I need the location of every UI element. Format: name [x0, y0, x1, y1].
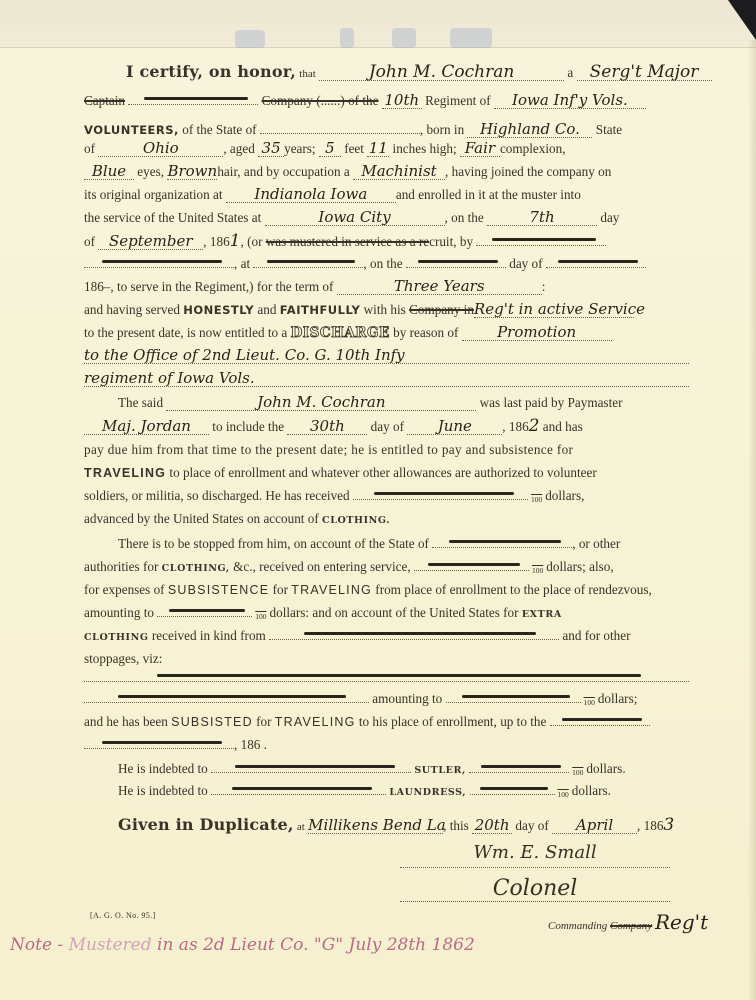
given-in-duplicate-heading: Given in Duplicate, — [118, 815, 294, 834]
at-label: at — [297, 821, 305, 833]
year-prefix: , 186 — [502, 419, 528, 434]
amounting-label: amounting to — [84, 605, 154, 620]
received-line: soldiers, or militia, so discharged. He … — [84, 486, 694, 510]
stoppages-amount-line: amounting to 100dollars; — [84, 689, 694, 713]
dollars-label: dollars. — [586, 761, 625, 776]
dollars-also-label: dollars; also, — [546, 559, 613, 574]
this-label: , this — [443, 818, 469, 833]
given-month-field: April — [552, 816, 637, 834]
volunteers-line: VOLUNTEERS, of the State of , born in Hi… — [84, 116, 694, 140]
united-states-label: dollars: and on account of the United St… — [270, 605, 519, 620]
traveling-label: TRAVELING — [275, 715, 356, 729]
organization-label: its original organization at — [84, 187, 223, 202]
given-place-field: Millikens Bend La — [308, 816, 443, 834]
cents-fraction: 100 — [532, 566, 543, 575]
recruit-date-line: , at , on the day of — [84, 254, 694, 274]
received-amount-field — [353, 486, 528, 500]
by-reason-label: by reason of — [393, 325, 458, 340]
that-label: that — [299, 68, 316, 80]
recruit-officer-field — [84, 254, 234, 268]
served-label: and having served — [84, 302, 180, 317]
clothing-label: CLOTHING. — [322, 515, 390, 526]
term-field: Three Years — [337, 277, 542, 295]
note-faint-text: Mustered — [69, 935, 152, 955]
muster-place-field: Iowa City — [265, 208, 445, 226]
years-label: years; — [284, 141, 316, 156]
cents-fraction: 100 — [558, 790, 569, 799]
company-in-struck: Company in — [409, 302, 474, 317]
reason-continuation-line: to the Office of 2nd Lieut. Co. G. 10th … — [84, 346, 694, 366]
rank-field: Serg't Major — [577, 63, 712, 81]
stoppages-field — [84, 668, 689, 682]
and-label: and — [257, 302, 276, 317]
indebted-label: He is indebted to — [118, 783, 208, 798]
enrollment-label: to his place of enrollment, up to the — [359, 714, 547, 729]
day-label: day — [600, 210, 619, 225]
pay-due-line: pay due him from that time to the presen… — [84, 440, 694, 460]
include-label: to include the — [212, 419, 284, 434]
year-label: , 186 . — [234, 737, 267, 752]
feet-label: feet — [344, 141, 364, 156]
honestly-label: HONESTLY — [183, 303, 254, 317]
hair-color-field: Brown — [167, 162, 217, 180]
for-other-label: and for other — [562, 628, 630, 643]
muster-month-line: of September, 1861, (or was mustered in … — [84, 231, 694, 252]
subsisted-label: SUBSISTED — [171, 715, 253, 729]
recruit-day-field — [406, 254, 506, 268]
received-kind-label: received in kind from — [152, 628, 266, 643]
paid-line: The said John M. Cochran was last paid b… — [118, 393, 728, 413]
sutler-line: He is indebted to SUTLER, 100dollars. — [118, 759, 728, 783]
commanding-label: Commanding — [548, 920, 607, 932]
clothing-amount-field — [414, 557, 529, 571]
dollars-label: dollars, — [545, 488, 584, 503]
term-label: , to serve in the Regiment,) for the ter… — [110, 279, 333, 294]
paid-year-digit: 2 — [529, 416, 540, 436]
entitled-label: to the present date, is now entitled to … — [84, 325, 287, 340]
day-of-label: day of — [515, 818, 548, 833]
stoppages-label: stoppages, viz: — [84, 651, 162, 666]
entering-service-label: &c., received on entering service, — [233, 559, 411, 574]
paid-month-field: June — [407, 417, 502, 435]
joined-label: , having joined the company on — [445, 164, 611, 179]
given-line: Given in Duplicate, at Millikens Bend La… — [118, 815, 728, 837]
the-said-label: The said — [118, 395, 163, 410]
of-label: of — [84, 141, 95, 156]
stoppages-line: stoppages, viz: — [84, 649, 694, 669]
captain-struck: Captain — [84, 93, 125, 108]
subsisted-year-line: , 186 . — [84, 735, 694, 755]
subsisted-lead: and he has been — [84, 714, 168, 729]
ink-bleed — [450, 28, 492, 48]
amounting-label: amounting to — [372, 691, 442, 706]
extra-clothing-field — [269, 626, 559, 640]
clothing-advance-line: advanced by the United States on account… — [84, 509, 694, 531]
a-label: a — [567, 65, 573, 80]
paid-date-line: Maj. Jordan to include the 30th day of J… — [84, 416, 694, 437]
of-label: of — [84, 234, 95, 249]
state-label: State — [596, 122, 622, 137]
subsisted-until-field — [550, 712, 650, 726]
clothing-label: CLOTHING, — [162, 563, 230, 574]
subsisted-date-field — [84, 735, 234, 749]
or-label: , (or — [241, 234, 263, 249]
company-label: Company (......) of the — [262, 93, 379, 108]
stopped-label: There is to be stopped from him, on acco… — [118, 536, 429, 551]
pay-due-text: pay due him from that time to the presen… — [84, 442, 573, 457]
on-the-label: , on the — [445, 210, 484, 225]
faithfully-label: FAITHFULLY — [280, 303, 361, 317]
organization-line: its original organization at Indianola I… — [84, 185, 694, 205]
indebted-label: He is indebted to — [118, 761, 208, 776]
eye-color-field: Blue — [84, 162, 134, 180]
at-label: , at — [234, 256, 250, 271]
muster-day-field: 7th — [487, 208, 597, 226]
amounting-line: amounting to 100dollars: and on account … — [84, 603, 694, 627]
subsistence-amount-field — [157, 603, 252, 617]
term-line: 186–, to serve in the Regiment,) for the… — [84, 277, 694, 297]
eyes-label: eyes, — [137, 164, 164, 179]
ink-bleed — [340, 28, 354, 48]
volunteers-label: VOLUNTEERS, — [84, 123, 179, 137]
regiment-of-label: Regiment of — [425, 93, 491, 108]
authorities-label: authorities for — [84, 559, 158, 574]
muster-note: Note - Mustered in as 2d Lieut Co. "G" J… — [10, 935, 475, 955]
recruit-by-field — [476, 232, 606, 246]
stopped-line: There is to be stopped from him, on acco… — [118, 534, 728, 554]
subsisted-line: and he has been SUBSISTED for TRAVELING … — [84, 712, 694, 732]
occupation-field: Machinist — [353, 162, 445, 180]
birth-state-field: Ohio — [98, 139, 223, 157]
paper-edge-shadow — [748, 40, 756, 1000]
clothing-label: CLOTHING — [84, 632, 149, 643]
certify-heading: I certify, on honor, — [126, 62, 296, 81]
recruit-by-label: cruit, by — [429, 234, 473, 249]
laundress-amount-field — [470, 781, 555, 795]
cents-fraction: 100 — [584, 698, 595, 707]
and-has-label: and has — [543, 419, 583, 434]
advanced-label: advanced by the United States on account… — [84, 511, 319, 526]
certify-line: I certify, on honor, that John M. Cochra… — [126, 62, 736, 84]
recruit-place-field — [253, 254, 363, 268]
year-prefix: 186 — [84, 279, 104, 294]
born-in-label: , born in — [420, 122, 464, 137]
folded-top-flap — [0, 0, 756, 48]
traveling-line: TRAVELING to place of enrollment and wha… — [84, 463, 694, 483]
complexion-label: complexion, — [500, 141, 566, 156]
feet-field: 5 — [319, 139, 341, 157]
eyes-hair-line: Blue eyes, Brownhair, and by occupation … — [84, 162, 694, 182]
reason-continuation-field: to the Office of 2nd Lieut. Co. G. 10th … — [84, 346, 689, 364]
reason-continuation-line-2: regiment of Iowa Vols. — [84, 369, 694, 389]
ink-bleed — [392, 28, 416, 48]
on-the-label: , on the — [363, 256, 402, 271]
with-his-label: with his — [364, 302, 406, 317]
inches-label: inches high; — [393, 141, 457, 156]
aged-label: , aged — [223, 141, 255, 156]
regiment-handwritten: Reg't — [655, 910, 708, 934]
organization-place-field: Indianola Iowa — [226, 185, 396, 203]
reason-field: Promotion — [462, 323, 612, 341]
state-field — [260, 116, 420, 134]
year-prefix: , 186 — [203, 234, 229, 249]
subsistence-label: SUBSISTENCE — [168, 583, 269, 597]
expenses-label: for expenses of — [84, 582, 165, 597]
age-line: of Ohio, aged 35years; 5 feet 11 inches … — [84, 139, 694, 159]
service-detail-field: Reg't in active Service — [474, 300, 634, 318]
form-number: [A. G. O. No. 95.] — [90, 911, 156, 920]
officer-title: Colonel — [400, 876, 670, 902]
extra-label: EXTRA — [522, 609, 562, 620]
laundress-line: He is indebted to LAUNDRESS, 100dollars. — [118, 781, 728, 805]
or-other-label: , or other — [572, 536, 620, 551]
ink-bleed — [235, 30, 265, 48]
stoppages-amount-field — [446, 689, 581, 703]
rendezvous-text: from place of enrollment to the place of… — [375, 582, 651, 597]
discharge-certificate: I certify, on honor, that John M. Cochra… — [0, 0, 756, 1000]
inches-field: 11 — [367, 139, 389, 157]
allowances-text: to place of enrollment and whatever othe… — [169, 465, 596, 480]
state-of-label: of the State of — [182, 122, 256, 137]
laundress-label: LAUNDRESS, — [389, 787, 466, 798]
regiment-field: Iowa Inf'y Vols. — [494, 91, 646, 109]
recruit-month-field — [546, 254, 646, 268]
discharge-heading: DISCHARGE — [291, 325, 390, 341]
sutler-name-field — [211, 759, 411, 773]
received-label: soldiers, or militia, so discharged. He … — [84, 488, 350, 503]
sutler-label: SUTLER, — [414, 765, 466, 776]
soldier-name-field: John M. Cochran — [319, 63, 564, 81]
day-of-label: day of — [371, 419, 404, 434]
company-struck: Company — [610, 920, 652, 932]
day-of-label: day of — [509, 256, 542, 271]
stoppages-detail-field — [84, 689, 369, 703]
paid-day-field: 30th — [287, 417, 367, 435]
dollars-label: dollars; — [598, 691, 638, 706]
recruit-struck-text: was mustered in service as a re — [266, 234, 429, 249]
muster-year-digit: 1 — [230, 231, 241, 251]
stoppages-blank-line — [84, 668, 694, 688]
extra-clothing-line: CLOTHING received in kind from and for o… — [84, 626, 694, 648]
officer-signature: Wm. E. Small — [400, 842, 670, 868]
service-line: and having served HONESTLY and FAITHFULL… — [84, 300, 694, 320]
paid-name-field: John M. Cochran — [166, 393, 476, 411]
subsistence-line: for expenses of SUBSISTENCE for TRAVELIN… — [84, 580, 694, 600]
cents-fraction: 100 — [531, 495, 542, 504]
authorities-line: authorities for CLOTHING, &c., received … — [84, 557, 694, 581]
given-day-field: 20th — [472, 816, 512, 834]
hair-label: hair, and by occupation a — [217, 164, 349, 179]
laundress-name-field — [211, 781, 386, 795]
cents-fraction: 100 — [572, 768, 583, 777]
captain-field — [128, 91, 258, 105]
cents-fraction: 100 — [255, 612, 266, 621]
note-text: in as 2d Lieut Co. "G" July 28th 1862 — [157, 935, 475, 955]
stopped-state-field — [432, 534, 572, 548]
service-label: the service of the United States at — [84, 210, 261, 225]
reason-continuation-field-2: regiment of Iowa Vols. — [84, 369, 689, 387]
for-label: for — [256, 714, 271, 729]
commanding-caption: Commanding Company Reg't — [548, 910, 708, 934]
traveling-label: TRAVELING — [84, 466, 166, 480]
enrolled-label: and enrolled in it at the muster into — [396, 187, 581, 202]
paymaster-field: Maj. Jordan — [84, 417, 209, 435]
regiment-number-field: 10th — [382, 91, 422, 109]
muster-line: the service of the United States at Iowa… — [84, 208, 694, 228]
birthplace-field: Highland Co. — [467, 120, 592, 138]
company-line: Captain Company (......) of the 10th Reg… — [84, 91, 694, 111]
complexion-field: Fair — [460, 139, 500, 157]
discharge-line: to the present date, is now entitled to … — [84, 323, 694, 343]
dollars-label: dollars. — [572, 783, 611, 798]
note-label: Note - — [10, 935, 63, 955]
given-year-digit: 3 — [663, 815, 674, 835]
year-prefix: , 186 — [637, 818, 663, 833]
muster-month-field: September — [98, 232, 203, 250]
for-label: for — [273, 582, 288, 597]
traveling-label: TRAVELING — [291, 583, 372, 597]
paymaster-label: was last paid by Paymaster — [480, 395, 623, 410]
sutler-amount-field — [469, 759, 569, 773]
age-field: 35 — [258, 139, 284, 157]
signature-block: Wm. E. Small Colonel — [400, 842, 670, 902]
